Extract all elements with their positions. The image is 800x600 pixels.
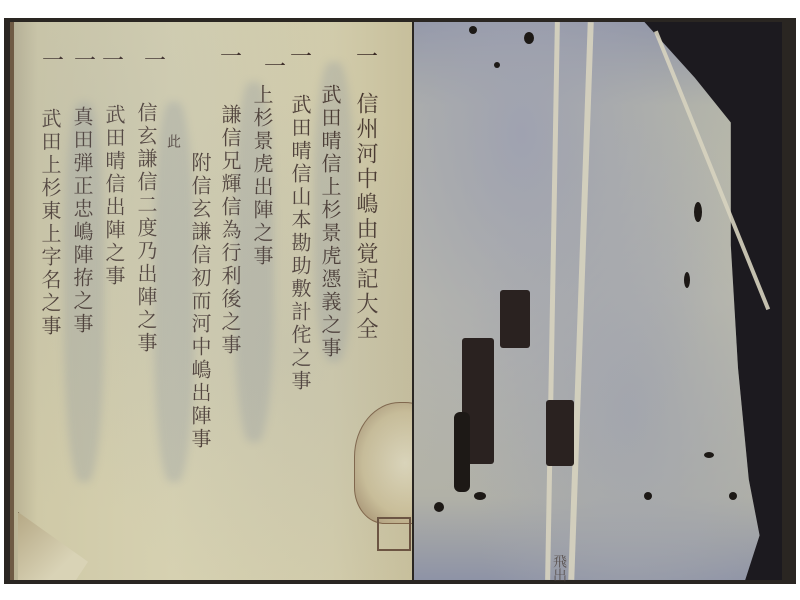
ink-label-block: [500, 290, 530, 348]
worm-hole: [474, 492, 486, 500]
text-column-title: 信州河中嶋由覚記大全: [354, 92, 376, 342]
cover-label: 飛出: [549, 554, 569, 582]
torn-hole: [454, 412, 470, 492]
column-marker: 一: [356, 40, 378, 71]
worm-hole: [644, 492, 652, 500]
text-column: 武田晴信出陣之事: [104, 104, 124, 288]
text-column: 武田上杉東上字名之事: [40, 108, 60, 338]
side-note: 此: [166, 134, 180, 151]
column-marker: 一: [290, 40, 312, 71]
ink-label-block: [546, 400, 574, 466]
worm-hole: [729, 492, 737, 500]
manuscript-scan: 一 一 一 一 一 一 一 一 信州河中嶋由覚記大全 武田晴信上杉景虎憑義之事 …: [4, 18, 796, 584]
worm-hole: [524, 32, 534, 44]
text-column: 武田晴信上杉景虎憑義之事: [320, 84, 340, 360]
water-stain: [354, 402, 412, 524]
text-column: 真田弾正忠嶋陣拵之事: [72, 106, 92, 336]
column-marker: 一: [144, 44, 166, 75]
worm-hole: [469, 26, 477, 34]
left-page: 一 一 一 一 一 一 一 一 信州河中嶋由覚記大全 武田晴信上杉景虎憑義之事 …: [10, 22, 412, 580]
worm-hole: [494, 62, 500, 68]
column-marker: 一: [42, 44, 64, 75]
worm-hole: [694, 202, 702, 222]
text-column: 武田晴信山本勘助敷計侘之事: [290, 94, 310, 393]
column-marker: 一: [264, 50, 286, 81]
text-column: 上杉景虎出陣之事: [252, 84, 272, 268]
column-marker: 一: [220, 40, 242, 71]
column-marker: 一: [102, 44, 124, 75]
worm-hole: [434, 502, 444, 512]
right-page-cover: [414, 22, 782, 580]
text-column: 謙信兄輝信為行利後之事: [220, 104, 240, 357]
column-marker: 一: [74, 44, 96, 75]
text-column: 附信玄謙信初而河中嶋出陣事: [190, 152, 210, 451]
worm-hole: [684, 272, 690, 288]
torn-cover-paper: [414, 22, 774, 580]
worm-hole: [704, 452, 714, 458]
seal-stamp: [377, 517, 411, 551]
text-column: 信玄謙信二度乃出陣之事: [136, 102, 156, 355]
folded-corner: [18, 512, 88, 580]
